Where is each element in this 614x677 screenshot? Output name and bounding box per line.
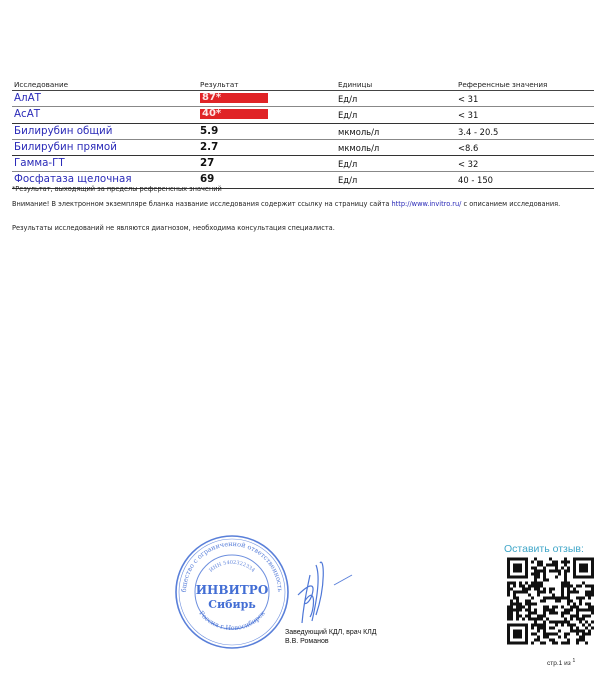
unit: Ед/л xyxy=(338,94,357,104)
qr-code-icon[interactable] xyxy=(507,557,594,645)
header-result: Результат xyxy=(200,80,238,89)
test-name-link[interactable]: Гамма-ГТ xyxy=(14,157,65,169)
attention-text-end: с описанием исследования. xyxy=(461,200,560,208)
table-row: Гамма-ГТ27Ед/л< 32 xyxy=(12,156,594,172)
svg-text:Сибирь: Сибирь xyxy=(208,598,256,611)
reference-range: 3.4 - 20.5 xyxy=(458,127,498,137)
table-row: АсАТ40*Ед/л< 31 xyxy=(12,107,594,123)
reference-range: < 31 xyxy=(458,94,478,104)
result-value: 2.7 xyxy=(200,141,218,153)
svg-text:ИНВИТРО: ИНВИТРО xyxy=(196,583,269,597)
result-value: 87* xyxy=(200,93,268,103)
test-name-link[interactable]: Билирубин прямой xyxy=(14,141,117,153)
invitro-link[interactable]: http://www.invitro.ru/ xyxy=(391,200,461,208)
table-row: Билирубин общий5.9мкмоль/л3.4 - 20.5 xyxy=(12,124,594,140)
header-test: Исследование xyxy=(14,80,68,89)
disclaimer: Результаты исследований не являются диаг… xyxy=(12,224,592,232)
unit: мкмоль/л xyxy=(338,143,379,153)
header-reference: Референсные значения xyxy=(458,80,547,89)
unit: Ед/л xyxy=(338,110,357,120)
signer-name: В.В. Романов xyxy=(285,637,377,646)
result-value: 27 xyxy=(200,157,214,169)
stamp-icon: Общество с ограниченной ответственностью… xyxy=(172,532,292,652)
result-value: 69 xyxy=(200,173,214,185)
page-number: стр.1 из 1 xyxy=(547,658,575,667)
result-value: 5.9 xyxy=(200,125,218,137)
results-table: Исследование Результат Единицы Референсн… xyxy=(12,79,594,189)
test-name-link[interactable]: Билирубин общий xyxy=(14,125,112,137)
test-name-link[interactable]: АлАТ xyxy=(14,92,41,104)
header-units: Единицы xyxy=(338,80,372,89)
test-name-link[interactable]: Фосфатаза щелочная xyxy=(14,173,132,185)
test-name-link[interactable]: АсАТ xyxy=(14,108,40,120)
attention-text: Внимание! В электронном экземпляре бланк… xyxy=(12,200,391,208)
reference-range: < 31 xyxy=(458,110,478,120)
table-row: АлАТ87*Ед/л< 31 xyxy=(12,91,594,107)
reference-range: < 32 xyxy=(458,159,478,169)
unit: мкмоль/л xyxy=(338,127,379,137)
table-header: Исследование Результат Единицы Референсн… xyxy=(12,79,594,91)
signature-block: Заведующий КДЛ, врач КЛД В.В. Романов xyxy=(285,628,377,646)
signer-position: Заведующий КДЛ, врач КЛД xyxy=(285,628,377,637)
result-value: 40* xyxy=(200,109,268,119)
table-row: Билирубин прямой2.7мкмоль/л<8.6 xyxy=(12,140,594,156)
reference-range: 40 - 150 xyxy=(458,175,493,185)
svg-text:ИНН 5402322334: ИНН 5402322334 xyxy=(208,560,256,574)
signature-icon xyxy=(290,555,370,630)
attention-note: Внимание! В электронном экземпляре бланк… xyxy=(12,200,592,208)
svg-text:Россия г.Новосибирск: Россия г.Новосибирск xyxy=(197,609,266,632)
unit: Ед/л xyxy=(338,175,357,185)
feedback-label: Оставить отзыв: xyxy=(504,543,584,555)
unit: Ед/л xyxy=(338,159,357,169)
reference-range: <8.6 xyxy=(458,143,478,153)
footnote: *Результат, выходящий за пределы референ… xyxy=(12,185,592,193)
